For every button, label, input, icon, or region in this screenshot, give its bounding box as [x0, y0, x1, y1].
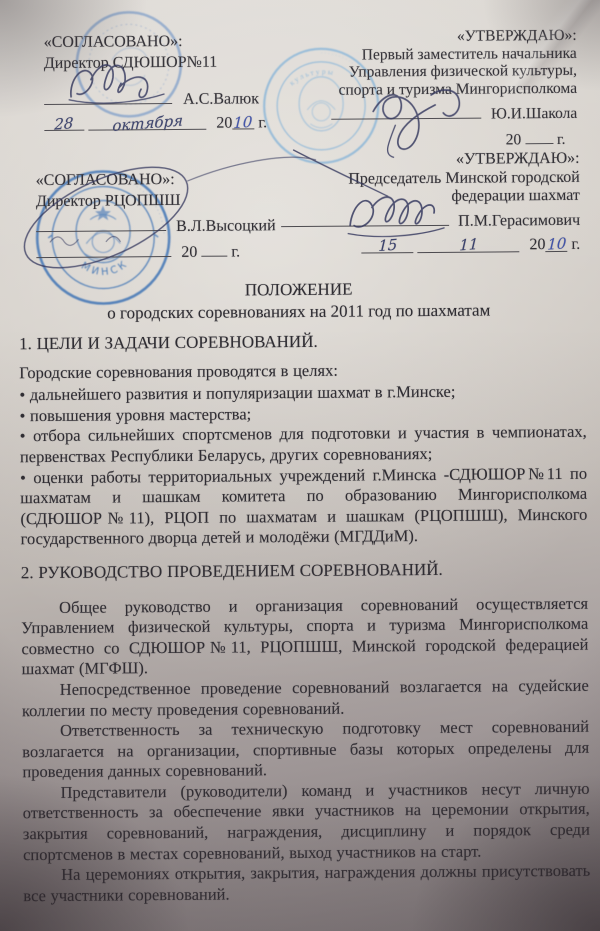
document-page: культуры · · · · · · · · · · · · · · · ·… [0, 0, 600, 931]
signature-shakola-icon [373, 90, 460, 157]
signature-valyuk-icon [69, 65, 164, 104]
photo-frame: культуры · · · · · · · · · · · · · · · ·… [0, 0, 600, 931]
pen-signatures [0, 0, 600, 931]
signature-vysotsky-icon [10, 145, 317, 288]
signature-gerasimovich-icon [294, 149, 445, 237]
